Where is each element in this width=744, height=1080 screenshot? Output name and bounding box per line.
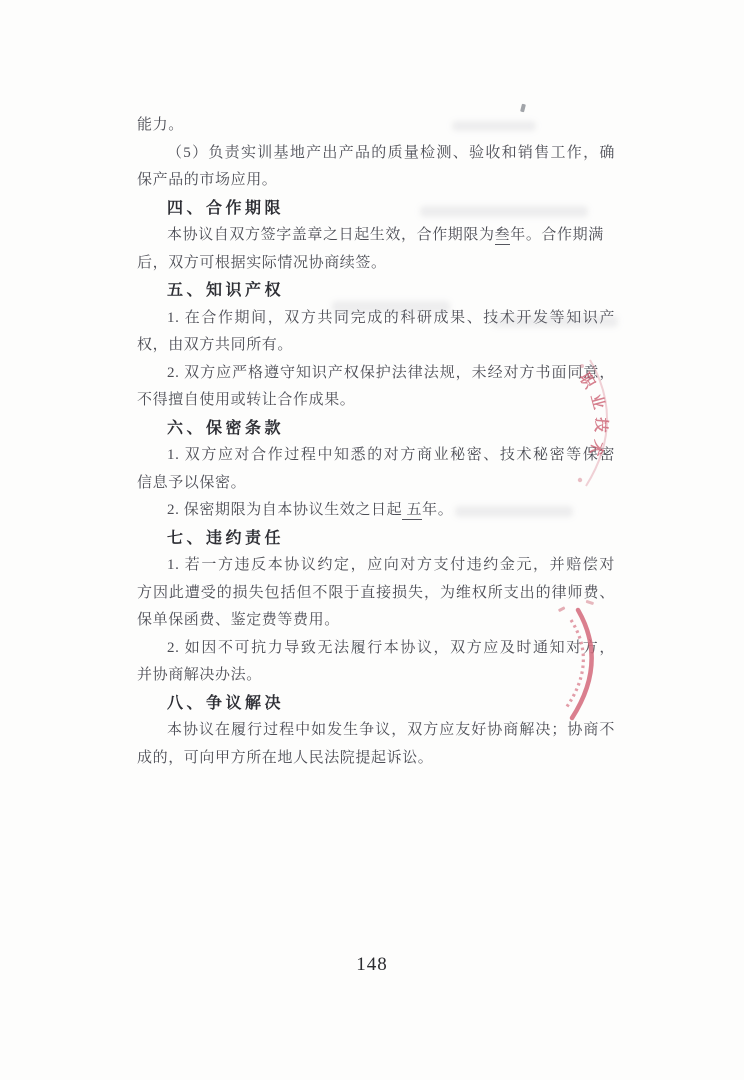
doc-line-text: 2. 保密期限为自本协议生效之日起 — [167, 502, 402, 518]
doc-line: （5）负责实训基地产出产品的质量检测、验收和销售工作，确 — [137, 140, 615, 168]
doc-line: 权，由双方共同所有。 — [137, 332, 615, 360]
doc-line: 本协议自双方签字盖章之日起生效，合作期限为叁年。合作期满 — [137, 222, 615, 250]
bleed-through-artifact — [332, 301, 450, 313]
bleed-through-artifact — [492, 316, 618, 327]
doc-line: 2. 如因不可抗力导致无法履行本协议，双方应及时通知对方， — [137, 635, 615, 663]
doc-line-text: 年。合作期满 — [510, 227, 604, 243]
doc-line: 2. 双方应严格遵守知识产权保护法律法规，未经对方书面同意， — [137, 360, 615, 388]
doc-line: 不得擅自使用或转让合作成果。 — [137, 387, 615, 415]
doc-line: 1. 双方应对合作过程中知悉的对方商业秘密、技术秘密等保密 — [137, 442, 615, 470]
doc-line: 能力。 — [137, 112, 615, 140]
bleed-through-artifact — [455, 506, 573, 517]
doc-line: 保单保函费、鉴定费等费用。 — [137, 607, 615, 635]
underlined-term: 叁 — [495, 227, 511, 245]
doc-line: 并协商解决办法。 — [137, 662, 615, 690]
page-number: 148 — [0, 954, 744, 976]
doc-line: 信息予以保密。 — [137, 470, 615, 498]
doc-line: 1. 若一方违反本协议约定，应向对方支付违约金元，并赔偿对 — [137, 552, 615, 580]
bleed-through-artifact — [420, 206, 588, 217]
section-heading-breach-liability: 七、违约责任 — [137, 525, 615, 553]
doc-line: 保产品的市场应用。 — [137, 167, 615, 195]
section-heading-confidentiality: 六、保密条款 — [137, 415, 615, 443]
section-heading-dispute-resolution: 八、争议解决 — [137, 690, 615, 718]
scanned-document-page: 能力。 （5）负责实训基地产出产品的质量检测、验收和销售工作，确 保产品的市场应… — [0, 0, 744, 1080]
doc-line: 方因此遭受的损失包括但不限于直接损失，为维权所支出的律师费、 — [137, 580, 615, 608]
doc-line: 成的，可向甲方所在地人民法院提起诉讼。 — [137, 745, 615, 773]
doc-line-text: 本协议自双方签字盖章之日起生效，合作期限为 — [167, 227, 495, 243]
bleed-through-artifact — [452, 121, 536, 131]
underlined-term: 五 — [402, 502, 422, 520]
doc-line-text: 年。 — [422, 502, 453, 518]
doc-line: 后，双方可根据实际情况协商续签。 — [137, 250, 615, 278]
doc-line: 本协议在履行过程中如发生争议，双方应友好协商解决；协商不 — [137, 717, 615, 745]
